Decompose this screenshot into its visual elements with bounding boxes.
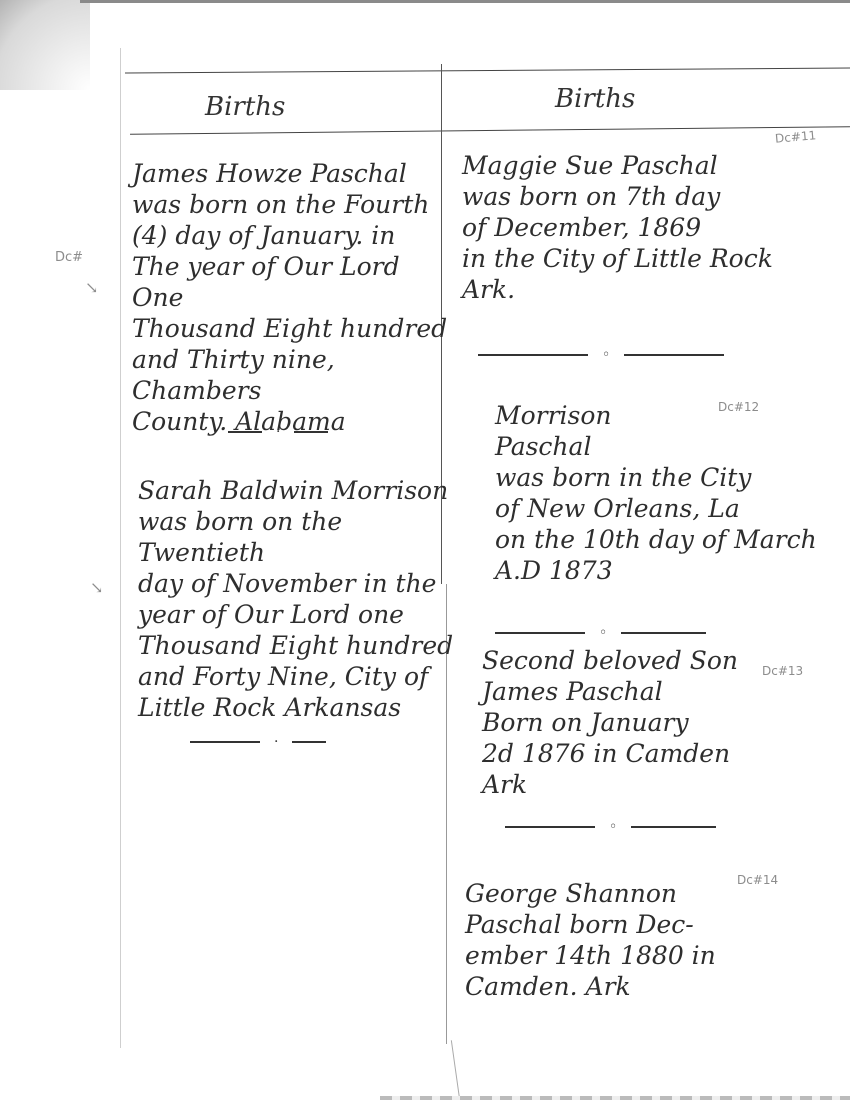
page-left-margin-line (120, 48, 121, 1048)
separator-dot: ◦ (599, 626, 607, 640)
separator-dash (495, 632, 585, 634)
separator-dot: ◦ (609, 820, 617, 834)
separator-dash (292, 741, 326, 743)
entry-separator: ◦ (505, 820, 716, 834)
separator-dash (294, 431, 328, 433)
page-corner-curl (0, 0, 90, 90)
entry-separator: · (228, 425, 328, 439)
birth-entry-sarah-baldwin-morrison: Sarah Baldwin Morrison was born on the T… (138, 475, 458, 723)
left-column-header: Births (205, 92, 285, 122)
separator-dash (190, 741, 260, 743)
separator-dot: ◦ (602, 348, 610, 362)
separator-dash (621, 632, 706, 634)
right-column-header: Births (555, 84, 635, 114)
separator-dash (228, 431, 262, 433)
entry-separator: ◦ (478, 348, 724, 362)
page-top-edge (80, 0, 850, 3)
table-top-rule (125, 67, 850, 73)
separator-dash (478, 354, 588, 356)
birth-entry-james-howze-paschal: James Howze Paschal was born on the Four… (132, 158, 452, 437)
left-margin-note: Dc# (55, 250, 83, 265)
doc-number-note: Dc#14 (737, 873, 778, 887)
header-bottom-rule (130, 126, 850, 135)
birth-entry-morrison-paschal: Morrison Paschal was born in the City of… (495, 400, 850, 586)
separator-dash (624, 354, 724, 356)
doc-number-note: Dc#11 (774, 128, 816, 146)
separator-dot: · (274, 735, 278, 749)
separator-dash (505, 826, 595, 828)
margin-arrow-icon: ↘ (85, 278, 98, 297)
margin-arrow-icon: ↘ (90, 578, 103, 597)
column-divider-tail (451, 1040, 460, 1100)
separator-dash (631, 826, 716, 828)
separator-dot: · (276, 425, 280, 439)
birth-entry-george-shannon-paschal: George Shannon Paschal born Dec- ember 1… (465, 878, 825, 1002)
doc-number-note: Dc#12 (718, 400, 759, 414)
entry-separator: ◦ (495, 626, 706, 640)
entry-separator: · (190, 735, 326, 749)
page-bottom-edge (380, 1096, 850, 1100)
birth-entry-maggie-sue-paschal: Maggie Sue Paschal was born on 7th day o… (462, 150, 842, 305)
doc-number-note: Dc#13 (762, 664, 803, 678)
